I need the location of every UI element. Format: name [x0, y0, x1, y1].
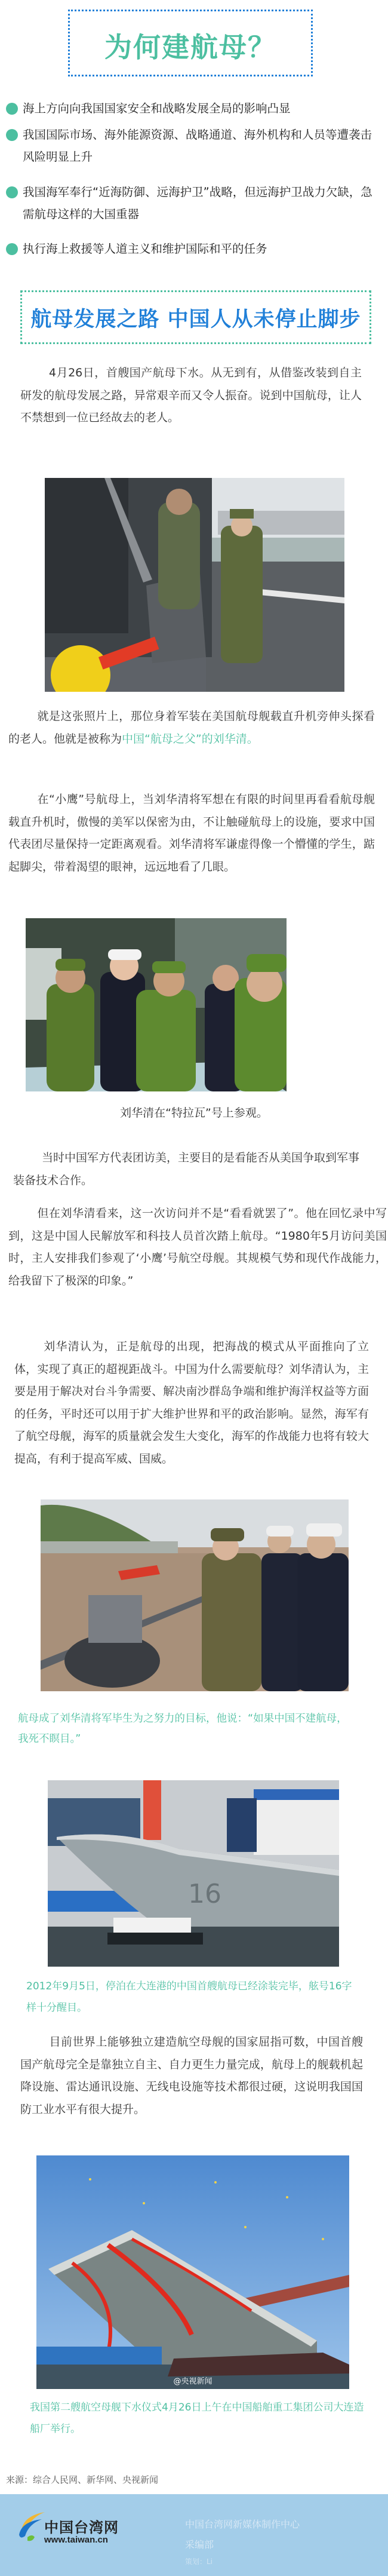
logo-name: 中国台湾网 — [44, 2516, 119, 2537]
photo-map-room-image — [26, 918, 287, 1091]
article-paragraph: 就是这张照片上，那位身着军装在美国航母舰载直升机旁伸头探看的老人。他就是被称为中… — [8, 706, 375, 750]
article-paragraph: 目前世界上能够独立建造航空母舰的国家屈指可数，中国首艘国产航母完全是靠独立自主、… — [20, 2031, 363, 2121]
reason-item: 海上方向向我国国家安全和战略发展全局的影响凸显 — [6, 97, 382, 119]
article-paragraph: 4月26日，首艘国产航母下水。从无到有，从借鉴改装到自主研发的航母发展之路，异常… — [20, 362, 362, 430]
bullet-dot-icon — [6, 129, 18, 141]
photo-caption: 我国第二艘航空母舰下水仪式4月26日上午在中国船舶重工集团公司大连造船厂举行。 — [30, 2397, 364, 2440]
footer: 中国台湾网 www.taiwan.cn 中国台湾网新媒体制作中心 采编部 策划：… — [0, 2494, 388, 2576]
reason-item: 我国海军奉行“近海防御、远海护卫”战略，但远海护卫战力欠缺，急需航母这样的大国重… — [6, 181, 382, 225]
photo-liaoning: 16 — [48, 1780, 339, 1967]
article-paragraph: 在“小鹰”号航母上，当刘华清将军想在有限的时间里再看看航母舰载直升机时，傲慢的美… — [8, 789, 375, 878]
section-title: 航母发展之路 中国人从未停止脚步 — [22, 303, 369, 333]
page-title: 为何建航母？ — [70, 26, 311, 65]
reason-item: 我国国际市场、海外能源资源、战略通道、海外机构和人员等遭袭击风险明显上升 — [6, 124, 382, 168]
footer-dept: 采编部 — [185, 2537, 214, 2551]
reason-item: 执行海上救援等人道主义和维护国际和平的任务 — [6, 238, 382, 260]
footer-credit: 策划：Li — [185, 2556, 213, 2566]
footer-org: 中国台湾网新媒体制作中心 — [185, 2517, 300, 2531]
photo-caption: 刘华清在“特拉瓦”号上参观。 — [0, 1104, 388, 1120]
bullet-dot-icon — [6, 186, 18, 198]
bullet-dot-icon — [6, 243, 18, 255]
photo-launch: @央视新闻 — [36, 2155, 349, 2389]
article-paragraph: 但在刘华清看来，这一次访问并不是“看看就罢了”。他在回忆录中写到，这是中国人民解… — [8, 1203, 387, 1292]
highlight-text: 中国“航母之父”的刘华清。 — [122, 732, 258, 746]
bullet-dot-icon — [6, 103, 18, 115]
title-frame: 为何建航母？ — [68, 10, 313, 76]
svg-text:@央视新闻: @央视新闻 — [173, 2376, 212, 2386]
svg-text:16: 16 — [188, 1879, 221, 1909]
quote-text: 航母成了刘华清将军毕生为之努力的目标，他说：“如果中国不建航母，我死不瞑目。” — [18, 1709, 352, 1749]
section-title-frame: 航母发展之路 中国人从未停止脚步 — [20, 290, 371, 344]
source-credit: 来源：综合人民网、新华网、央视新闻 — [6, 2473, 158, 2486]
photo-salute — [41, 1499, 349, 1691]
article-paragraph: 刘华清认为，正是航母的出现，把海战的模式从平面推向了立体，实现了真正的超视距战斗… — [14, 1336, 369, 1470]
photo-caption: 2012年9月5日，停泊在大连港的中国首艘航母已经涂装完毕，舷号16字样十分醒目… — [26, 1976, 361, 2019]
taiwan-net-logo-icon — [18, 2512, 45, 2542]
article-paragraph: 当时中国军方代表团访美，主要目的是看能否从美国争取到军事装备技术合作。 — [13, 1147, 359, 1192]
photo-helicopter — [45, 478, 344, 692]
logo-url: www.taiwan.cn — [44, 2535, 108, 2545]
